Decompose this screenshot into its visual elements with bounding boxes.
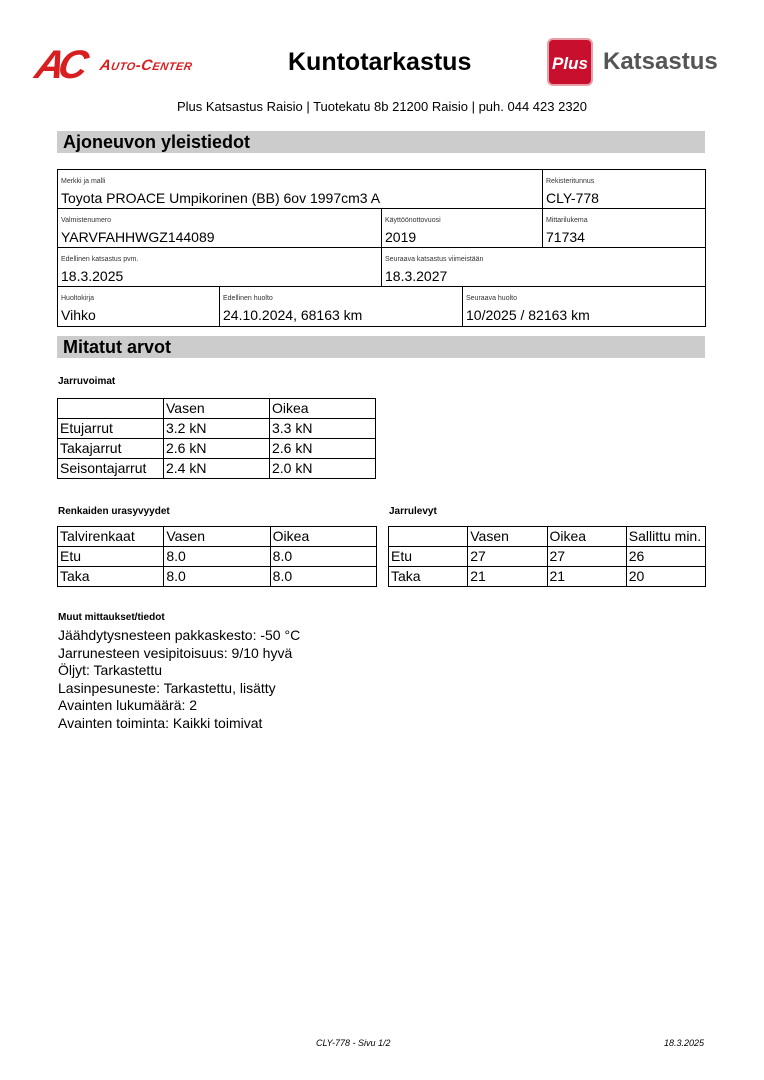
company-address: Plus Katsastus Raisio | Tuotekatu 8b 212… bbox=[0, 99, 764, 114]
brake-discs-title: Jarrulevyt bbox=[389, 506, 437, 517]
table-cell: 2.4 kN bbox=[164, 459, 270, 479]
year-label: Käyttöönottovuosi bbox=[385, 217, 441, 224]
odometer-cell: Mittarilukema 71734 bbox=[543, 209, 705, 247]
table-header-row: VasenOikeaSallittu min. bbox=[389, 527, 706, 547]
table-cell: 2.6 kN bbox=[270, 439, 376, 459]
reg-cell: Rekisteritunnus CLY-778 bbox=[543, 170, 705, 208]
page-title: Kuntotarkastus bbox=[288, 48, 471, 77]
footer-date: 18.3.2025 bbox=[664, 1038, 704, 1048]
brake-forces-title: Jarruvoimat bbox=[58, 376, 115, 387]
katsastus-wordmark: Katsastus bbox=[603, 48, 718, 76]
make-model-cell: Merkki ja malli Toyota PROACE Umpikorine… bbox=[58, 170, 543, 208]
info-row: Valmistenumero YARVFAHHWGZ144089 Käyttöö… bbox=[58, 209, 705, 248]
vehicle-info-grid: Merkki ja malli Toyota PROACE Umpikorine… bbox=[57, 169, 706, 327]
table-row: Etu272726 bbox=[389, 547, 706, 567]
table-header-cell: Vasen bbox=[468, 527, 547, 547]
table-row: Seisontajarrut2.4 kN2.0 kN bbox=[58, 459, 376, 479]
other-measurements-title: Muut mittaukset/tiedot bbox=[58, 612, 165, 623]
make-model-value: Toyota PROACE Umpikorinen (BB) 6ov 1997c… bbox=[61, 190, 380, 206]
info-row: Merkki ja malli Toyota PROACE Umpikorine… bbox=[58, 170, 705, 209]
table-header-cell bbox=[389, 527, 468, 547]
measurement-line: Lasinpesuneste: Tarkastettu, lisätty bbox=[58, 680, 300, 698]
measurement-line: Avainten toiminta: Kaikki toimivat bbox=[58, 715, 300, 733]
table-cell: Takajarrut bbox=[58, 439, 164, 459]
measurement-line: Öljyt: Tarkastettu bbox=[58, 662, 300, 680]
vin-label: Valmistenumero bbox=[61, 217, 111, 224]
table-row: Taka212120 bbox=[389, 567, 706, 587]
table-cell: 26 bbox=[626, 547, 705, 567]
year-cell: Käyttöönottovuosi 2019 bbox=[382, 209, 543, 247]
table-cell: 2.0 kN bbox=[270, 459, 376, 479]
service-book-cell: Huoltokirja Vihko bbox=[58, 287, 220, 326]
year-value: 2019 bbox=[385, 229, 416, 245]
ac-logo-mark: AC bbox=[32, 44, 87, 86]
last-inspection-cell: Edellinen katsastus pvm. 18.3.2025 bbox=[58, 248, 382, 286]
next-service-value: 10/2025 / 82163 km bbox=[466, 307, 590, 323]
last-inspection-label: Edellinen katsastus pvm. bbox=[61, 256, 138, 263]
info-row: Edellinen katsastus pvm. 18.3.2025 Seura… bbox=[58, 248, 705, 287]
table-cell: 8.0 bbox=[164, 547, 270, 567]
measurement-line: Avainten lukumäärä: 2 bbox=[58, 697, 300, 715]
table-cell: Taka bbox=[389, 567, 468, 587]
last-service-cell: Edellinen huolto 24.10.2024, 68163 km bbox=[220, 287, 463, 326]
table-header-row: VasenOikea bbox=[58, 399, 376, 419]
table-cell: 8.0 bbox=[164, 567, 270, 587]
table-cell: 2.6 kN bbox=[164, 439, 270, 459]
vin-cell: Valmistenumero YARVFAHHWGZ144089 bbox=[58, 209, 382, 247]
table-cell: 3.3 kN bbox=[270, 419, 376, 439]
reg-value: CLY-778 bbox=[546, 190, 599, 206]
table-cell: 20 bbox=[626, 567, 705, 587]
footer-page-info: CLY-778 - Sivu 1/2 bbox=[316, 1038, 391, 1048]
next-inspection-value: 18.3.2027 bbox=[385, 268, 447, 284]
table-cell: 27 bbox=[547, 547, 626, 567]
ac-logo-text: Auto-Center bbox=[99, 57, 194, 74]
last-inspection-value: 18.3.2025 bbox=[61, 268, 123, 284]
table-header-cell bbox=[58, 399, 164, 419]
next-inspection-cell: Seuraava katsastus viimeistään 18.3.2027 bbox=[382, 248, 705, 286]
brake-forces-table: VasenOikeaEtujarrut3.2 kN3.3 kNTakajarru… bbox=[57, 398, 376, 479]
table-header-cell: Vasen bbox=[164, 399, 270, 419]
table-row: Etujarrut3.2 kN3.3 kN bbox=[58, 419, 376, 439]
info-row: Huoltokirja Vihko Edellinen huolto 24.10… bbox=[58, 287, 705, 326]
table-cell: 27 bbox=[468, 547, 547, 567]
table-header-cell: Sallittu min. bbox=[626, 527, 705, 547]
brake-discs-table: VasenOikeaSallittu min.Etu272726Taka2121… bbox=[388, 526, 706, 587]
next-inspection-label: Seuraava katsastus viimeistään bbox=[385, 256, 483, 263]
plus-badge: Plus bbox=[547, 38, 593, 86]
table-cell: Etujarrut bbox=[58, 419, 164, 439]
next-service-cell: Seuraava huolto 10/2025 / 82163 km bbox=[463, 287, 705, 326]
table-row: Taka8.08.0 bbox=[58, 567, 377, 587]
plus-katsastus-logo: Plus Katsastus bbox=[545, 38, 730, 88]
other-measurements-list: Jäähdytysnesteen pakkaskesto: -50 °CJarr… bbox=[58, 627, 300, 732]
section-heading-general: Ajoneuvon yleistiedot bbox=[57, 131, 705, 153]
table-cell: Etu bbox=[389, 547, 468, 567]
table-cell: Etu bbox=[58, 547, 164, 567]
section-heading-measured: Mitatut arvot bbox=[57, 336, 705, 358]
measurement-line: Jarrunesteen vesipitoisuus: 9/10 hyvä bbox=[58, 645, 300, 663]
table-cell: 21 bbox=[547, 567, 626, 587]
table-cell: Taka bbox=[58, 567, 164, 587]
service-book-value: Vihko bbox=[61, 307, 96, 323]
table-cell: Seisontajarrut bbox=[58, 459, 164, 479]
table-cell: 8.0 bbox=[270, 567, 376, 587]
service-book-label: Huoltokirja bbox=[61, 295, 94, 302]
vin-value: YARVFAHHWGZ144089 bbox=[61, 229, 215, 245]
table-header-cell: Oikea bbox=[547, 527, 626, 547]
table-cell: 21 bbox=[468, 567, 547, 587]
auto-center-logo: AC Auto-Center bbox=[36, 44, 226, 86]
odometer-label: Mittarilukema bbox=[546, 217, 588, 224]
table-header-cell: Oikea bbox=[270, 527, 376, 547]
tread-depths-title: Renkaiden urasyvyydet bbox=[58, 506, 170, 517]
tread-depths-table: TalvirenkaatVasenOikeaEtu8.08.0Taka8.08.… bbox=[57, 526, 377, 587]
make-model-label: Merkki ja malli bbox=[61, 178, 105, 185]
odometer-value: 71734 bbox=[546, 229, 585, 245]
last-service-label: Edellinen huolto bbox=[223, 295, 273, 302]
table-header-cell: Talvirenkaat bbox=[58, 527, 164, 547]
table-header-cell: Oikea bbox=[270, 399, 376, 419]
next-service-label: Seuraava huolto bbox=[466, 295, 517, 302]
reg-label: Rekisteritunnus bbox=[546, 178, 594, 185]
measurement-line: Jäähdytysnesteen pakkaskesto: -50 °C bbox=[58, 627, 300, 645]
last-service-value: 24.10.2024, 68163 km bbox=[223, 307, 362, 323]
table-row: Etu8.08.0 bbox=[58, 547, 377, 567]
table-header-cell: Vasen bbox=[164, 527, 270, 547]
table-cell: 8.0 bbox=[270, 547, 376, 567]
table-header-row: TalvirenkaatVasenOikea bbox=[58, 527, 377, 547]
table-row: Takajarrut2.6 kN2.6 kN bbox=[58, 439, 376, 459]
table-cell: 3.2 kN bbox=[164, 419, 270, 439]
